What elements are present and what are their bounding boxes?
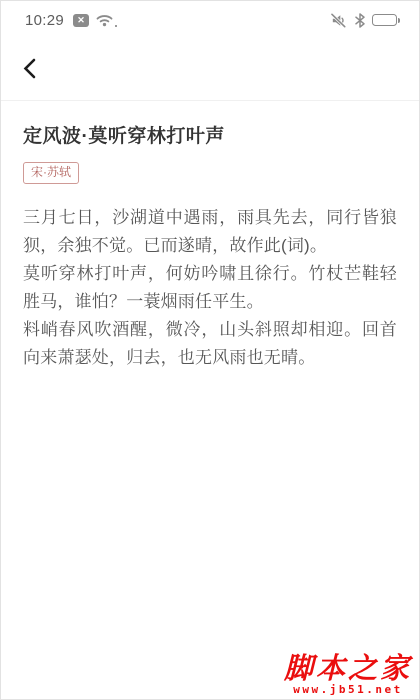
battery-icon <box>372 14 397 26</box>
poem-body: 三月七日，沙湖道中遇雨，雨具先去，同行皆狼狈，余独不觉。已而遂晴，故作此(词)。… <box>23 204 397 372</box>
clock-time: 10:29 <box>25 12 64 29</box>
mute-icon <box>330 13 348 28</box>
status-left-icons: ✕ <box>73 13 113 27</box>
poem-article: 定风波·莫听穿林打叶声 宋·苏轼 三月七日，沙湖道中遇雨，雨具先去，同行皆狼狈，… <box>1 124 419 372</box>
back-button[interactable] <box>23 55 51 83</box>
status-bar: 10:29 ✕ <box>1 1 419 37</box>
bluetooth-icon <box>355 13 365 28</box>
wifi-icon <box>96 13 113 27</box>
dynasty-author-tag[interactable]: 宋·苏轼 <box>23 162 79 184</box>
sim-crossed-icon: ✕ <box>73 14 89 27</box>
wifi-status-dot <box>115 25 118 28</box>
poem-stanza-2: 料峭春风吹酒醒，微冷，山头斜照却相迎。回首向来萧瑟处，归去，也无风雨也无晴。 <box>23 316 397 372</box>
chevron-left-icon <box>23 58 36 79</box>
poem-stanza-1: 莫听穿林打叶声，何妨吟啸且徐行。竹杖芒鞋轻胜马，谁怕？一蓑烟雨任平生。 <box>23 260 397 316</box>
poem-title: 定风波·莫听穿林打叶声 <box>23 124 397 149</box>
poem-preface: 三月七日，沙湖道中遇雨，雨具先去，同行皆狼狈，余独不觉。已而遂晴，故作此(词)。 <box>23 204 397 260</box>
status-right-icons <box>330 13 397 28</box>
watermark-site-name: 脚本之家 <box>284 653 412 683</box>
site-watermark: 脚本之家 www.jb51.net <box>284 653 412 696</box>
nav-bar <box>1 37 419 100</box>
battery-nub <box>398 18 401 23</box>
header-divider <box>1 100 419 101</box>
watermark-site-url: www.jb51.net <box>284 683 412 696</box>
app-screen: 10:29 ✕ <box>0 0 420 700</box>
